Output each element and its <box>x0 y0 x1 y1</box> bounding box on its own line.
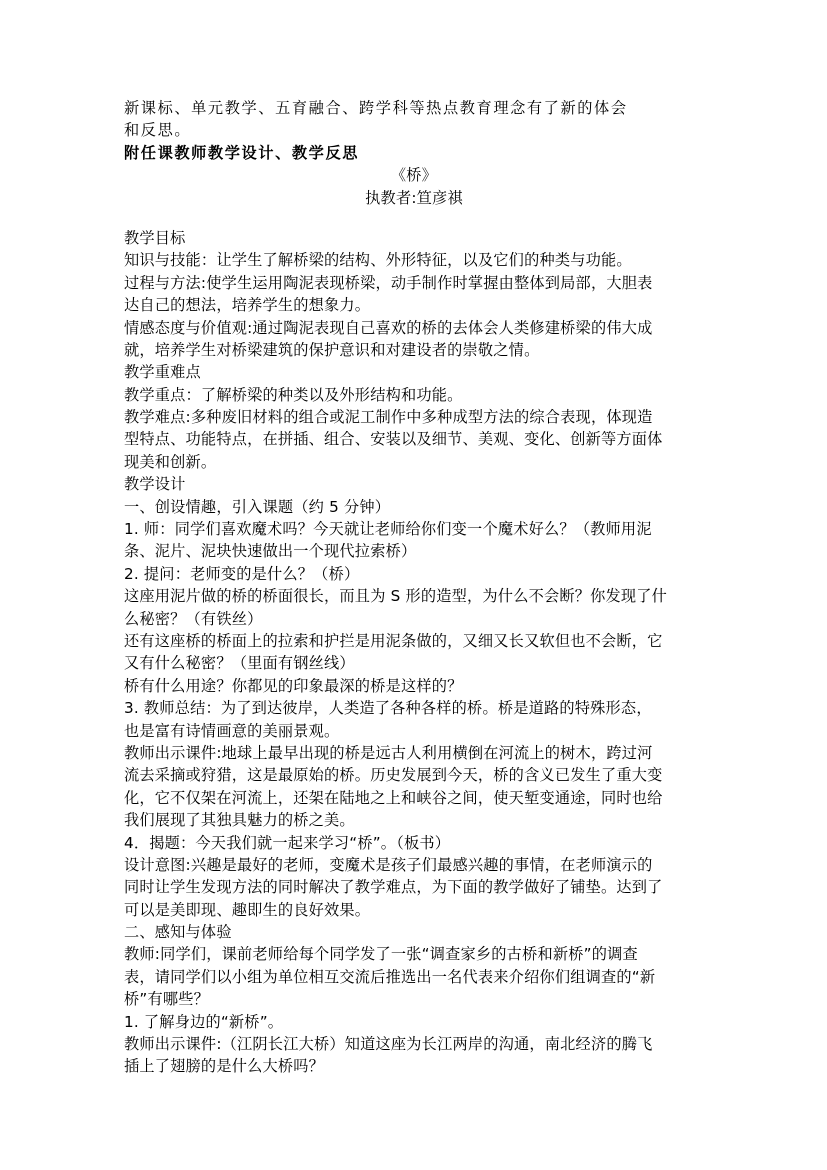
appendix-heading: 附任课教师教学设计、教学反思 <box>124 142 704 164</box>
body-line: 设计意图:兴趣是最好的老师，变魔术是孩子们最感兴趣的事情，在老师演示的 <box>124 854 704 876</box>
body-line: 教学难点:多种废旧材料的组合或泥工制作中多种成型方法的综合表现，体现造 <box>124 406 704 428</box>
body-line: 表，请同学们以小组为单位相互交流后推选出一名代表来介绍你们组调查的“新 <box>124 966 704 988</box>
body-line: 3. 教师总结：为了到达彼岸，人类造了各种各样的桥。桥是道路的特殊形态， <box>124 697 704 719</box>
subsection-heading: 二、感知与体验 <box>124 921 704 943</box>
subsection-heading: 一、创设情趣，引入课题（约 5 分钟） <box>124 496 704 518</box>
body-line: 这座用泥片做的桥的桥面很长，而且为 S 形的造型，为什么不会断？你发现了什 <box>124 585 704 607</box>
body-line: 条、泥片、泥块快速做出一个现代拉索桥） <box>124 540 704 562</box>
body-line: 还有这座桥的桥面上的拉索和护拦是用泥条做的，又细又长又软但也不会断，它 <box>124 630 704 652</box>
body-line: 情感态度与价值观:通过陶泥表现自己喜欢的桥的去体会人类修建桥梁的伟大成 <box>124 317 704 339</box>
section-heading-key-points: 教学重难点 <box>124 361 704 383</box>
body-line: 桥有什么用途？你都见的印象最深的桥是这样的？ <box>124 675 704 697</box>
lesson-author: 执教者:笪彦祺 <box>124 187 704 209</box>
spacer <box>124 209 704 227</box>
body-line: 插上了翅膀的是什么大桥吗？ <box>124 1055 704 1077</box>
body-line: 教师:同学们，课前老师给每个同学发了一张“调查家乡的古桥和新桥”的调查 <box>124 943 704 965</box>
body-line: 达自己的想法，培养学生的想象力。 <box>124 294 704 316</box>
body-line: 就，培养学生对桥梁建筑的保护意识和对建设者的崇敬之情。 <box>124 339 704 361</box>
body-line: 教师出示课件:地球上最早出现的桥是远古人利用横倒在河流上的树木，跨过河 <box>124 742 704 764</box>
document-page: 新课标、单元教学、五育融合、跨学科等热点教育理念有了新的体会 和反思。 附任课教… <box>124 97 704 1078</box>
body-line: 现美和创新。 <box>124 451 704 473</box>
intro-line: 新课标、单元教学、五育融合、跨学科等热点教育理念有了新的体会 <box>124 97 704 119</box>
section-heading-objectives: 教学目标 <box>124 227 704 249</box>
body-line: 流去采摘或狩猎，这是最原始的桥。历史发展到今天，桥的含义已发生了重大变 <box>124 764 704 786</box>
body-line: 么秘密？（有铁丝） <box>124 608 704 630</box>
body-line: 1. 师：同学们喜欢魔术吗？今天就让老师给你们变一个魔术好么？（教师用泥 <box>124 518 704 540</box>
body-line: 同时让学生发现方法的同时解决了教学难点，为下面的教学做好了铺垫。达到了 <box>124 876 704 898</box>
body-line: 也是富有诗情画意的美丽景观。 <box>124 720 704 742</box>
body-line: 化，它不仅架在河流上，还架在陆地之上和峡谷之间，使天堑变通途，同时也给 <box>124 787 704 809</box>
section-heading-design: 教学设计 <box>124 473 704 495</box>
body-line: 知识与技能：让学生了解桥梁的结构、外形特征，以及它们的种类与功能。 <box>124 249 704 271</box>
body-line: 4．揭题：今天我们就一起来学习“桥”。（板书） <box>124 832 704 854</box>
body-line: 又有什么秘密？（里面有钢丝线） <box>124 652 704 674</box>
body-line: 可以是美即现、趣即生的良好效果。 <box>124 899 704 921</box>
intro-line: 和反思。 <box>124 119 704 141</box>
body-line: 我们展现了其独具魅力的桥之美。 <box>124 809 704 831</box>
body-line: 教师出示课件:（江阴长江大桥）知道这座为长江两岸的沟通，南北经济的腾飞 <box>124 1033 704 1055</box>
lesson-title: 《桥》 <box>124 164 704 186</box>
body-line: 桥”有哪些？ <box>124 988 704 1010</box>
body-line: 型特点、功能特点，在拼插、组合、安装以及细节、美观、变化、创新等方面体 <box>124 428 704 450</box>
body-line: 教学重点：了解桥梁的种类以及外形结构和功能。 <box>124 384 704 406</box>
body-line: 2. 提问：老师变的是什么？（桥） <box>124 563 704 585</box>
body-line: 1. 了解身边的“新桥”。 <box>124 1011 704 1033</box>
body-line: 过程与方法:使学生运用陶泥表现桥梁，动手制作时掌握由整体到局部，大胆表 <box>124 272 704 294</box>
